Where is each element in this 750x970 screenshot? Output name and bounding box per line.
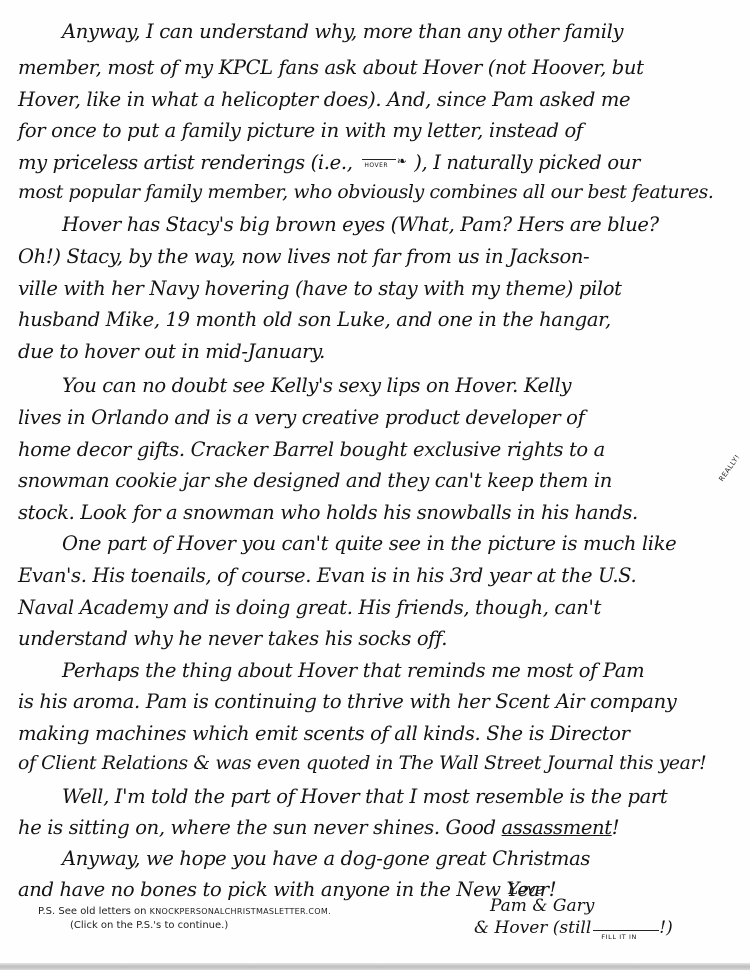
- letter-line: You can no doubt see Kelly's sexy lips o…: [62, 374, 571, 397]
- letter-line: snowman cookie jar she designed and they…: [18, 469, 612, 492]
- letter-line: lives in Orlando and is a very creative …: [18, 406, 584, 429]
- blank-label: FILL IT IN: [601, 933, 637, 941]
- letter-line: Evan's. His toenails, of course. Evan is…: [18, 564, 636, 587]
- margin-note: REALLY!: [717, 453, 741, 483]
- underlined-word: assassment: [502, 816, 612, 839]
- letter-page: Anyway, I can understand why, more than …: [0, 0, 750, 970]
- letter-line: husband Mike, 19 month old son Luke, and…: [18, 308, 611, 331]
- hover-sketch-icon: HOVER ❧: [360, 153, 406, 171]
- scan-edge: [0, 963, 750, 970]
- letter-line: for once to put a family picture in with…: [18, 119, 583, 142]
- letter-line: One part of Hover you can't quite see in…: [62, 532, 676, 555]
- letter-line: Well, I'm told the part of Hover that I …: [62, 785, 667, 808]
- letter-line: member, most of my KPCL fans ask about H…: [18, 56, 644, 79]
- letter-line-with-underline: he is sitting on, where the sun never sh…: [18, 816, 619, 839]
- letter-line: making machines which emit scents of all…: [18, 722, 630, 745]
- letter-line: home decor gifts. Cracker Barrel bought …: [18, 438, 605, 461]
- letter-line: most popular family member, who obviousl…: [18, 182, 714, 203]
- letter-line-with-sketch: my priceless artist renderings (i.e., HO…: [18, 151, 640, 174]
- postscript-url: KNOCKPERSONALCHRISTMASLETTER.COM.: [150, 907, 331, 916]
- letter-line: Oh!) Stacy, by the way, now lives not fa…: [18, 245, 589, 268]
- letter-line: Anyway, we hope you have a dog-gone grea…: [62, 847, 590, 870]
- postscript-line: (Click on the P.S.'s to continue.): [70, 920, 228, 931]
- signature-text: !): [659, 918, 672, 938]
- letter-line: and have no bones to pick with anyone in…: [18, 878, 556, 901]
- letter-text: my priceless artist renderings (i.e.,: [18, 151, 353, 174]
- letter-line: of Client Relations & was even quoted in…: [18, 753, 706, 774]
- postscript-line: P.S. See old letters on KNOCKPERSONALCHR…: [38, 906, 331, 917]
- letter-text: ), I naturally picked our: [414, 151, 640, 174]
- signature-names: Pam & Gary: [490, 896, 594, 916]
- sketch-label: HOVER: [364, 162, 388, 169]
- signature-hover-line: & Hover (stillFILL IT IN!): [474, 918, 673, 938]
- letter-line: due to hover out in mid-January.: [18, 340, 325, 363]
- letter-text: he is sitting on, where the sun never sh…: [18, 816, 502, 839]
- letter-line: Perhaps the thing about Hover that remin…: [62, 659, 644, 682]
- postscript-text: P.S. See old letters on: [38, 906, 150, 917]
- letter-line: Naval Academy and is doing great. His fr…: [18, 596, 601, 619]
- fill-in-blank: FILL IT IN: [593, 930, 659, 931]
- signature-text: & Hover (still: [474, 918, 591, 938]
- letter-line: understand why he never takes his socks …: [18, 627, 447, 650]
- letter-line: stock. Look for a snowman who holds his …: [18, 501, 638, 524]
- letter-text: !: [612, 816, 620, 839]
- letter-line: Hover, like in what a helicopter does). …: [18, 88, 630, 111]
- letter-line: ville with her Navy hovering (have to st…: [18, 277, 622, 300]
- letter-line: Hover has Stacy's big brown eyes (What, …: [62, 213, 659, 236]
- letter-line: Anyway, I can understand why, more than …: [62, 20, 623, 43]
- letter-line: is his aroma. Pam is continuing to thriv…: [18, 690, 676, 713]
